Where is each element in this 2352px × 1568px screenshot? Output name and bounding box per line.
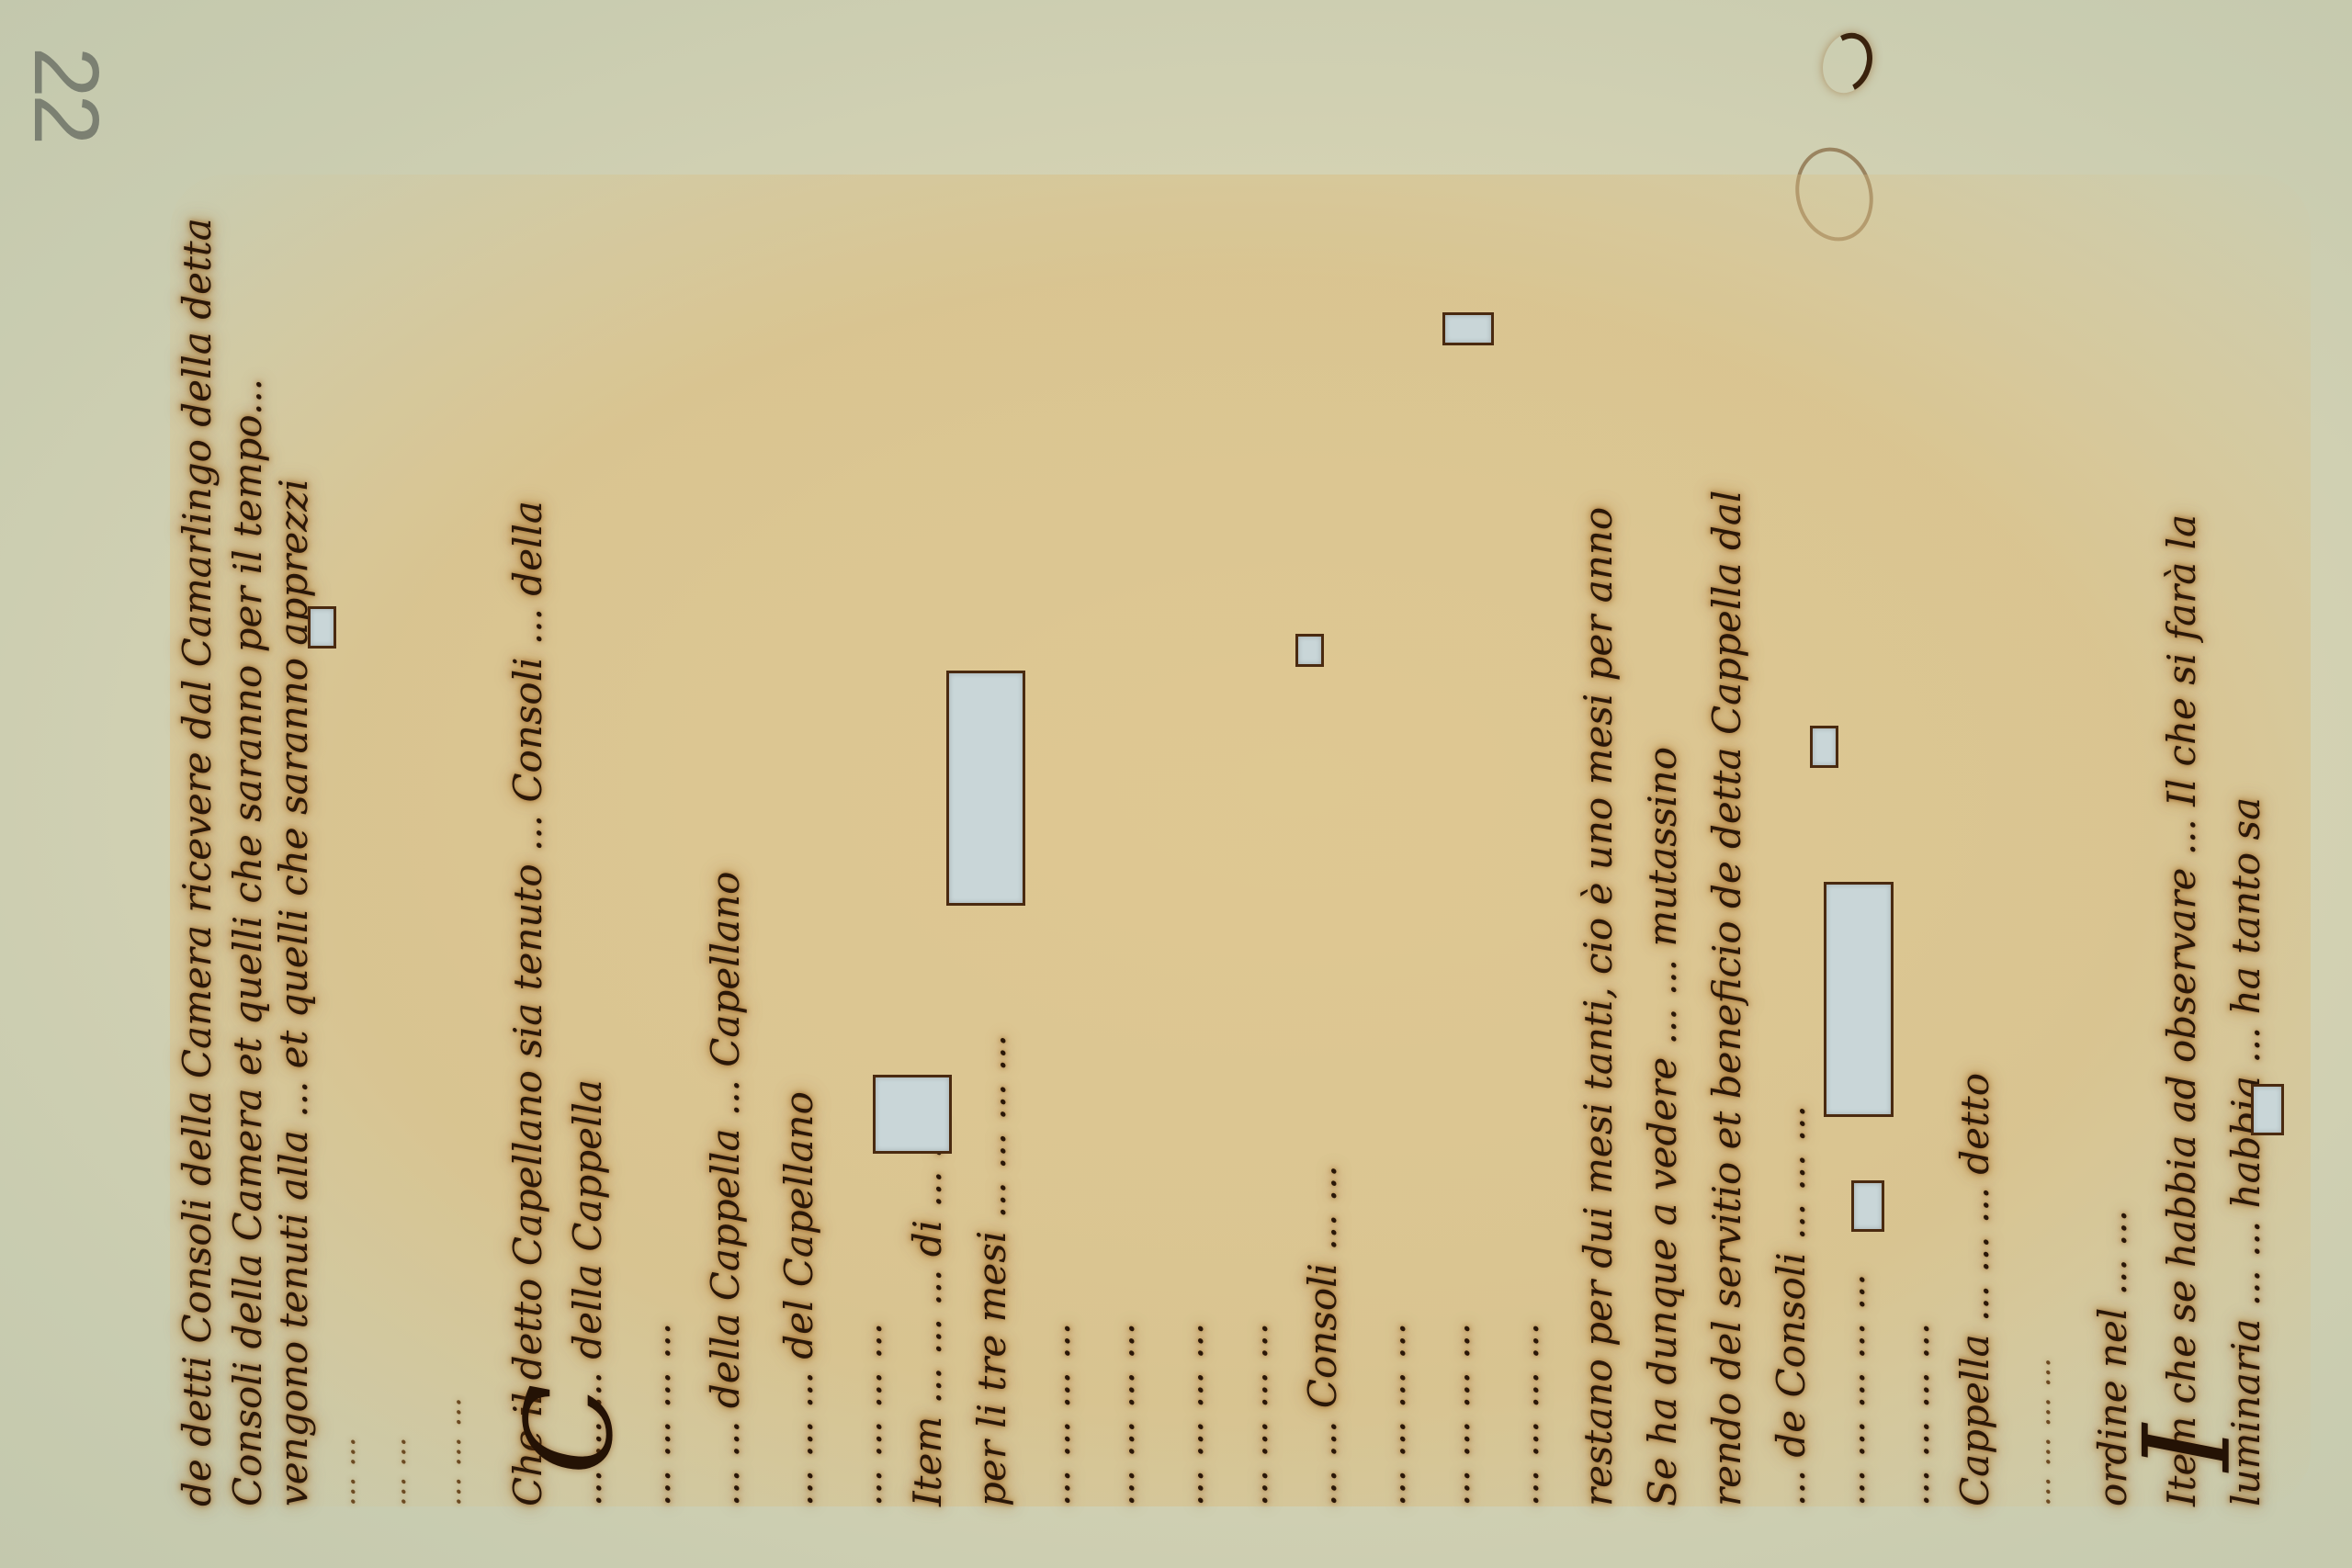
manuscript-page: 22 de detti Consoli della Camera ricever…	[0, 0, 2352, 1568]
paper-hole	[2251, 1084, 2284, 1135]
manuscript-line-text: rendo del servitio et beneficio de detta…	[1701, 175, 1754, 1506]
ink-curl-mark	[1815, 26, 1881, 100]
manuscript-line-text: ... ... ... ...	[1163, 175, 1216, 1506]
manuscript-line-text: ordine nel ... ...	[2086, 175, 2140, 1506]
paper-hole	[1810, 726, 1838, 768]
manuscript-line-text: ... ... ... ...	[842, 175, 895, 1506]
manuscript-line-text: ... ... ... del Capellano	[773, 175, 826, 1506]
manuscript-line: ... ... ... ...	[1430, 175, 1483, 1506]
manuscript-line-text: ... ... ... ...	[1365, 175, 1419, 1506]
manuscript-line-text: ... ... ... ...	[1094, 175, 1148, 1506]
manuscript-line: ... ... ... del Capellano	[773, 175, 826, 1506]
manuscript-line-text: ... ... ... ...	[2013, 175, 2066, 1506]
manuscript-line: ... ... ... ...	[1498, 175, 1552, 1506]
manuscript-line: ... ... ...	[424, 175, 477, 1506]
manuscript-line-text: luminaria ... ... habbia ... ha tanto sa	[2220, 175, 2273, 1506]
manuscript-line-text: ... ... Consoli ... ...	[1296, 175, 1350, 1506]
manuscript-line: ... ... ... ... ...	[1825, 175, 1878, 1506]
decorated-initial-i: I	[2118, 1424, 2257, 1471]
paper-hole	[873, 1075, 952, 1154]
paper-hole	[946, 671, 1025, 906]
manuscript-line-text: ... ...	[368, 175, 422, 1506]
manuscript-line: Cappella ... ... ... detto	[1949, 175, 2002, 1506]
manuscript-line-text: ... ...	[318, 175, 371, 1506]
manuscript-line: ... ... ... ...	[1227, 175, 1281, 1506]
manuscript-line: ... ... ... ...	[1163, 175, 1216, 1506]
manuscript-line: ... ... ... ...	[1365, 175, 1419, 1506]
manuscript-line-text: ... ... della Cappella ... Capellano	[699, 175, 752, 1506]
manuscript-line-text: ... ... ... della Cappella	[561, 175, 615, 1506]
manuscript-line-text: Se ha dunque a vedere ... ... mutassino	[1636, 175, 1690, 1506]
manuscript-line: ... ... Consoli ... ...	[1296, 175, 1350, 1506]
paper-hole	[308, 606, 336, 649]
manuscript-line-text: restano per dui mesi tanti, cio è uno me…	[1572, 175, 1625, 1506]
manuscript-line-text: ... ... ... ...	[1030, 175, 1083, 1506]
manuscript-line-text: ... ... ... ...	[630, 175, 684, 1506]
manuscript-line: rendo del servitio et beneficio de detta…	[1701, 175, 1754, 1506]
manuscript-line: Item che se habbia ad observare ... Il c…	[2155, 175, 2209, 1506]
manuscript-line-text: ... ... ... ...	[1227, 175, 1281, 1506]
manuscript-line-text: Che il detto Capellano sia tenuto ... Co…	[502, 175, 555, 1506]
manuscript-line: ... ... ... ...	[1889, 175, 1942, 1506]
manuscript-line-text: Cappella ... ... ... detto	[1949, 175, 2002, 1506]
manuscript-line: ... ... ... ...	[1094, 175, 1148, 1506]
manuscript-line-text: ... ... ... ...	[1889, 175, 1942, 1506]
manuscript-line: ... ... ... ...	[630, 175, 684, 1506]
manuscript-line: ... ... ... ...	[2013, 175, 2066, 1506]
page-number: 22	[13, 47, 119, 141]
manuscript-line-text: ... ... ... ...	[1430, 175, 1483, 1506]
manuscript-line: ... ... della Cappella ... Capellano	[699, 175, 752, 1506]
decorated-initial-c: C	[500, 1383, 639, 1474]
manuscript-line: luminaria ... ... habbia ... ha tanto sa	[2220, 175, 2273, 1506]
paper-hole	[1851, 1180, 1884, 1232]
manuscript-line: ... ...	[318, 175, 371, 1506]
manuscript-line: ... ...	[368, 175, 422, 1506]
manuscript-line: ordine nel ... ...	[2086, 175, 2140, 1506]
manuscript-line-text: ... ... ... ... ...	[1825, 175, 1878, 1506]
paper-hole	[1824, 882, 1894, 1117]
manuscript-line-text: ... de Consoli ... ... ...	[1765, 175, 1818, 1506]
manuscript-line: ... ... ... ...	[1030, 175, 1083, 1506]
manuscript-line: restano per dui mesi tanti, cio è uno me…	[1572, 175, 1625, 1506]
manuscript-line-text: ... ... ...	[424, 175, 477, 1506]
manuscript-line: Che il detto Capellano sia tenuto ... Co…	[502, 175, 555, 1506]
manuscript-line: vengono tenuti alla ... et quelli che sa…	[267, 175, 321, 1506]
manuscript-line: ... de Consoli ... ... ...	[1765, 175, 1818, 1506]
paper-hole	[1442, 312, 1494, 345]
manuscript-line-text: Item che se habbia ad observare ... Il c…	[2155, 175, 2209, 1506]
manuscript-line: ... ... ... della Cappella	[561, 175, 615, 1506]
paper-hole	[1295, 634, 1324, 667]
manuscript-line: ... ... ... ...	[842, 175, 895, 1506]
manuscript-line: de detti Consoli della Camera ricevere d…	[171, 175, 224, 1506]
manuscript-line: Se ha dunque a vedere ... ... mutassino	[1636, 175, 1690, 1506]
manuscript-line-text: vengono tenuti alla ... et quelli che sa…	[267, 175, 321, 1506]
manuscript-line-text: de detti Consoli della Camera ricevere d…	[171, 175, 224, 1506]
manuscript-line-text: ... ... ... ...	[1498, 175, 1552, 1506]
